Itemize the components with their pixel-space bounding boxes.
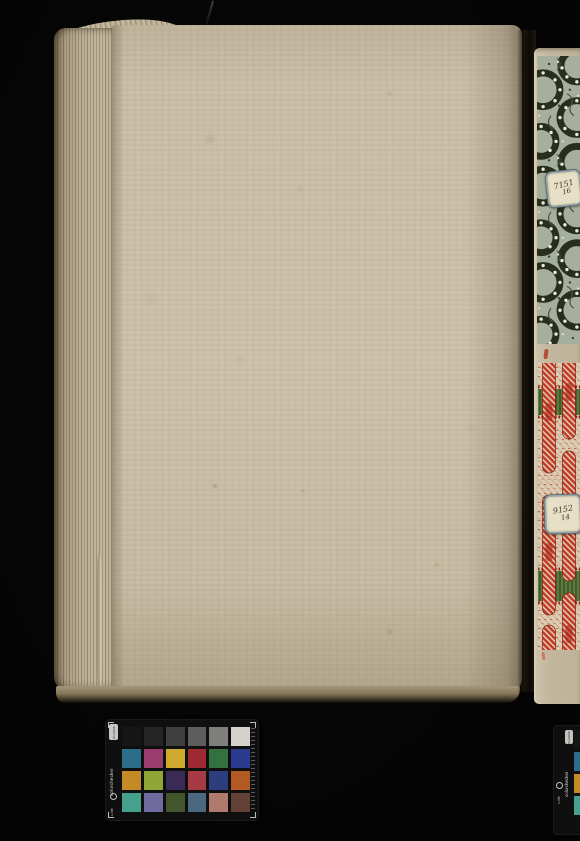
color-patch [188,771,207,790]
color-patch [574,752,580,771]
x-rite-logo-icon [556,782,563,789]
color-patch [231,727,250,746]
color-patch [188,793,207,812]
colorchecker-classic-badge: CLASSIC [565,730,573,744]
sample-subnumber: 14 [560,513,570,522]
x-rite-logo-icon [110,793,117,800]
color-patch [209,727,228,746]
color-patch [231,749,250,768]
registration-corner-icon [250,812,256,818]
color-patch [188,749,207,768]
color-patch [166,749,185,768]
color-patch [122,793,141,812]
plaid-sample-label: 9152 14 [543,493,580,534]
colorchecker-patch-grid [122,727,250,812]
color-patch [574,774,580,793]
color-patch [209,793,228,812]
registration-corner-icon [108,722,114,728]
color-patch [166,771,185,790]
book-page-edges [54,28,118,692]
color-patch [209,749,228,768]
color-patch [166,727,185,746]
color-patch [144,793,163,812]
book-bottom-edge [56,686,520,703]
color-patch [144,749,163,768]
page-crease [96,552,102,692]
sample-subnumber: 16 [561,188,571,197]
x-rite-brand-label: x-rite [557,790,561,804]
registration-corner-icon [108,812,114,818]
color-patch [574,730,580,749]
color-patch [209,771,228,790]
color-patch [231,771,250,790]
colorchecker-index-ticks [251,728,255,812]
colorchecker-wordmark: colorchecker [564,747,569,797]
red-thread-mark [543,349,548,359]
blank-left-page [112,25,522,691]
book-digitization-photo: 7151 16 9152 14 CLASSIC colorchecker x-r… [0,0,580,841]
colorchecker-card-partial: CLASSIC colorchecker x-rite [554,726,580,834]
color-patch [574,796,580,815]
registration-corner-icon [250,722,256,728]
color-patch [122,727,141,746]
color-patch [166,793,185,812]
colorchecker-wordmark: colorchecker [109,744,114,796]
paisley-sample-label: 7151 16 [544,168,580,209]
color-patch [122,771,141,790]
badge-label: CLASSIC [567,731,571,744]
color-patch [144,771,163,790]
color-patch [144,727,163,746]
color-patch [188,727,207,746]
colorchecker-card: CLASSIC colorchecker x-rite [106,720,258,820]
right-page-fabric-samples [534,48,580,704]
colorchecker-partial-patches [574,730,580,815]
color-patch [122,749,141,768]
color-patch [231,793,250,812]
red-thread-mark [542,652,546,660]
